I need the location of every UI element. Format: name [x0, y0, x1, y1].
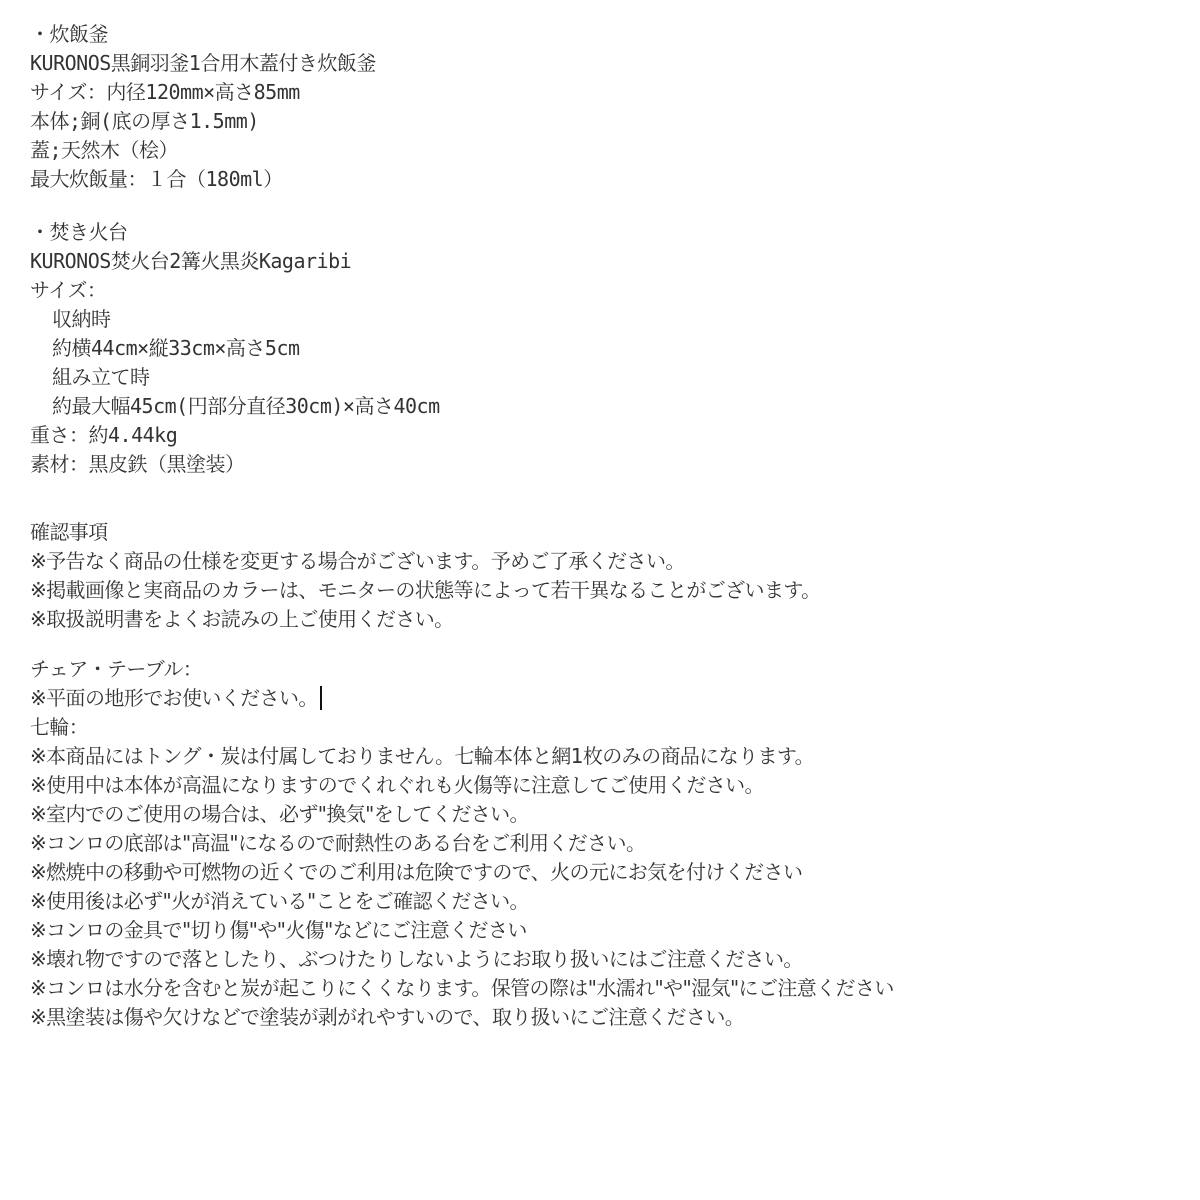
fire-stand-product-name: KURONOS焚火台2篝火黒炎Kagaribi: [30, 247, 1160, 276]
rice-cooker-lid-material: 蓋;天然木（桧）: [30, 136, 1160, 165]
shichirin-note-moving-danger: ※燃焼中の移動や可燃物の近くでのご利用は危険ですので、火の元にお気を付けください: [30, 858, 1160, 887]
shichirin-note-fire-out: ※使用後は必ず"火が消えている"ことをご確認ください。: [30, 887, 1160, 916]
shichirin-note-hot-body: ※使用中は本体が高温になりますのでくれぐれも火傷等に注意してご使用ください。: [30, 771, 1160, 800]
description-text-editor[interactable]: ・炊飯釜 KURONOS黒銅羽釜1合用木蓋付き炊飯釜 サイズ：内径120mm×高…: [0, 0, 1200, 1200]
chair-table-heading: チェア・テーブル：: [30, 655, 1160, 684]
shichirin-note-metal-fittings: ※コンロの金具で"切り傷"や"火傷"などにご注意ください: [30, 916, 1160, 945]
shichirin-note-heat-resistant-stand: ※コンロの底部は"高温"になるので耐熱性のある台をご利用ください。: [30, 829, 1160, 858]
fire-stand-weight: 重さ：約4.44kg: [30, 421, 1160, 450]
shichirin-note-ventilation: ※室内でのご使用の場合は、必ず"換気"をしてください。: [30, 800, 1160, 829]
section-notes: チェア・テーブル： ※平面の地形でお使いください。 七輪： ※本商品にはトング・…: [30, 655, 1160, 1032]
shichirin-note-moisture: ※コンロは水分を含むと炭が起こりにくくなります。保管の際は"水濡れ"や"湿気"に…: [30, 974, 1160, 1003]
confirmation-heading: 確認事項: [30, 518, 1160, 547]
fire-stand-heading: ・焚き火台: [30, 218, 1160, 247]
section-rice-cooker: ・炊飯釜 KURONOS黒銅羽釜1合用木蓋付き炊飯釜 サイズ：内径120mm×高…: [30, 20, 1160, 194]
text-caret: [320, 686, 322, 710]
confirmation-note-spec-change: ※予告なく商品の仕様を変更する場合がございます。予めご了承ください。: [30, 547, 1160, 576]
shichirin-note-no-tongs: ※本商品にはトング・炭は付属しておりません。七輪本体と網1枚のみの商品になります…: [30, 742, 1160, 771]
rice-cooker-product-name: KURONOS黒銅羽釜1合用木蓋付き炊飯釜: [30, 49, 1160, 78]
rice-cooker-heading: ・炊飯釜: [30, 20, 1160, 49]
chair-table-note: ※平面の地形でお使いください。: [30, 686, 318, 710]
fire-stand-size-label: サイズ：: [30, 276, 1160, 305]
confirmation-note-color-difference: ※掲載画像と実商品のカラーは、モニターの状態等によって若干異なることがございます…: [30, 576, 1160, 605]
rice-cooker-capacity: 最大炊飯量：１合（180ml）: [30, 165, 1160, 194]
fire-stand-material: 素材：黒皮鉄（黒塗装）: [30, 450, 1160, 479]
fire-stand-stored-size: 約横44cm×縦33cm×高さ5cm: [30, 334, 1160, 363]
chair-table-note-line: ※平面の地形でお使いください。: [30, 684, 1160, 713]
rice-cooker-body-material: 本体;銅(底の厚さ1.5mm): [30, 107, 1160, 136]
fire-stand-stored-label: 収納時: [30, 305, 1160, 334]
confirmation-note-read-manual: ※取扱説明書をよくお読みの上ご使用ください。: [30, 605, 1160, 634]
shichirin-note-fragile: ※壊れ物ですので落としたり、ぶつけたりしないようにお取り扱いにはご注意ください。: [30, 945, 1160, 974]
fire-stand-assembled-label: 組み立て時: [30, 363, 1160, 392]
section-confirmation: 確認事項 ※予告なく商品の仕様を変更する場合がございます。予めご了承ください。 …: [30, 518, 1160, 634]
fire-stand-assembled-size: 約最大幅45cm(円部分直径30cm)×高さ40cm: [30, 392, 1160, 421]
shichirin-note-paint-peeling: ※黒塗装は傷や欠けなどで塗装が剥がれやすいので、取り扱いにご注意ください。: [30, 1003, 1160, 1032]
rice-cooker-size: サイズ：内径120mm×高さ85mm: [30, 78, 1160, 107]
shichirin-heading: 七輪：: [30, 713, 1160, 742]
section-fire-stand: ・焚き火台 KURONOS焚火台2篝火黒炎Kagaribi サイズ： 収納時 約…: [30, 218, 1160, 479]
